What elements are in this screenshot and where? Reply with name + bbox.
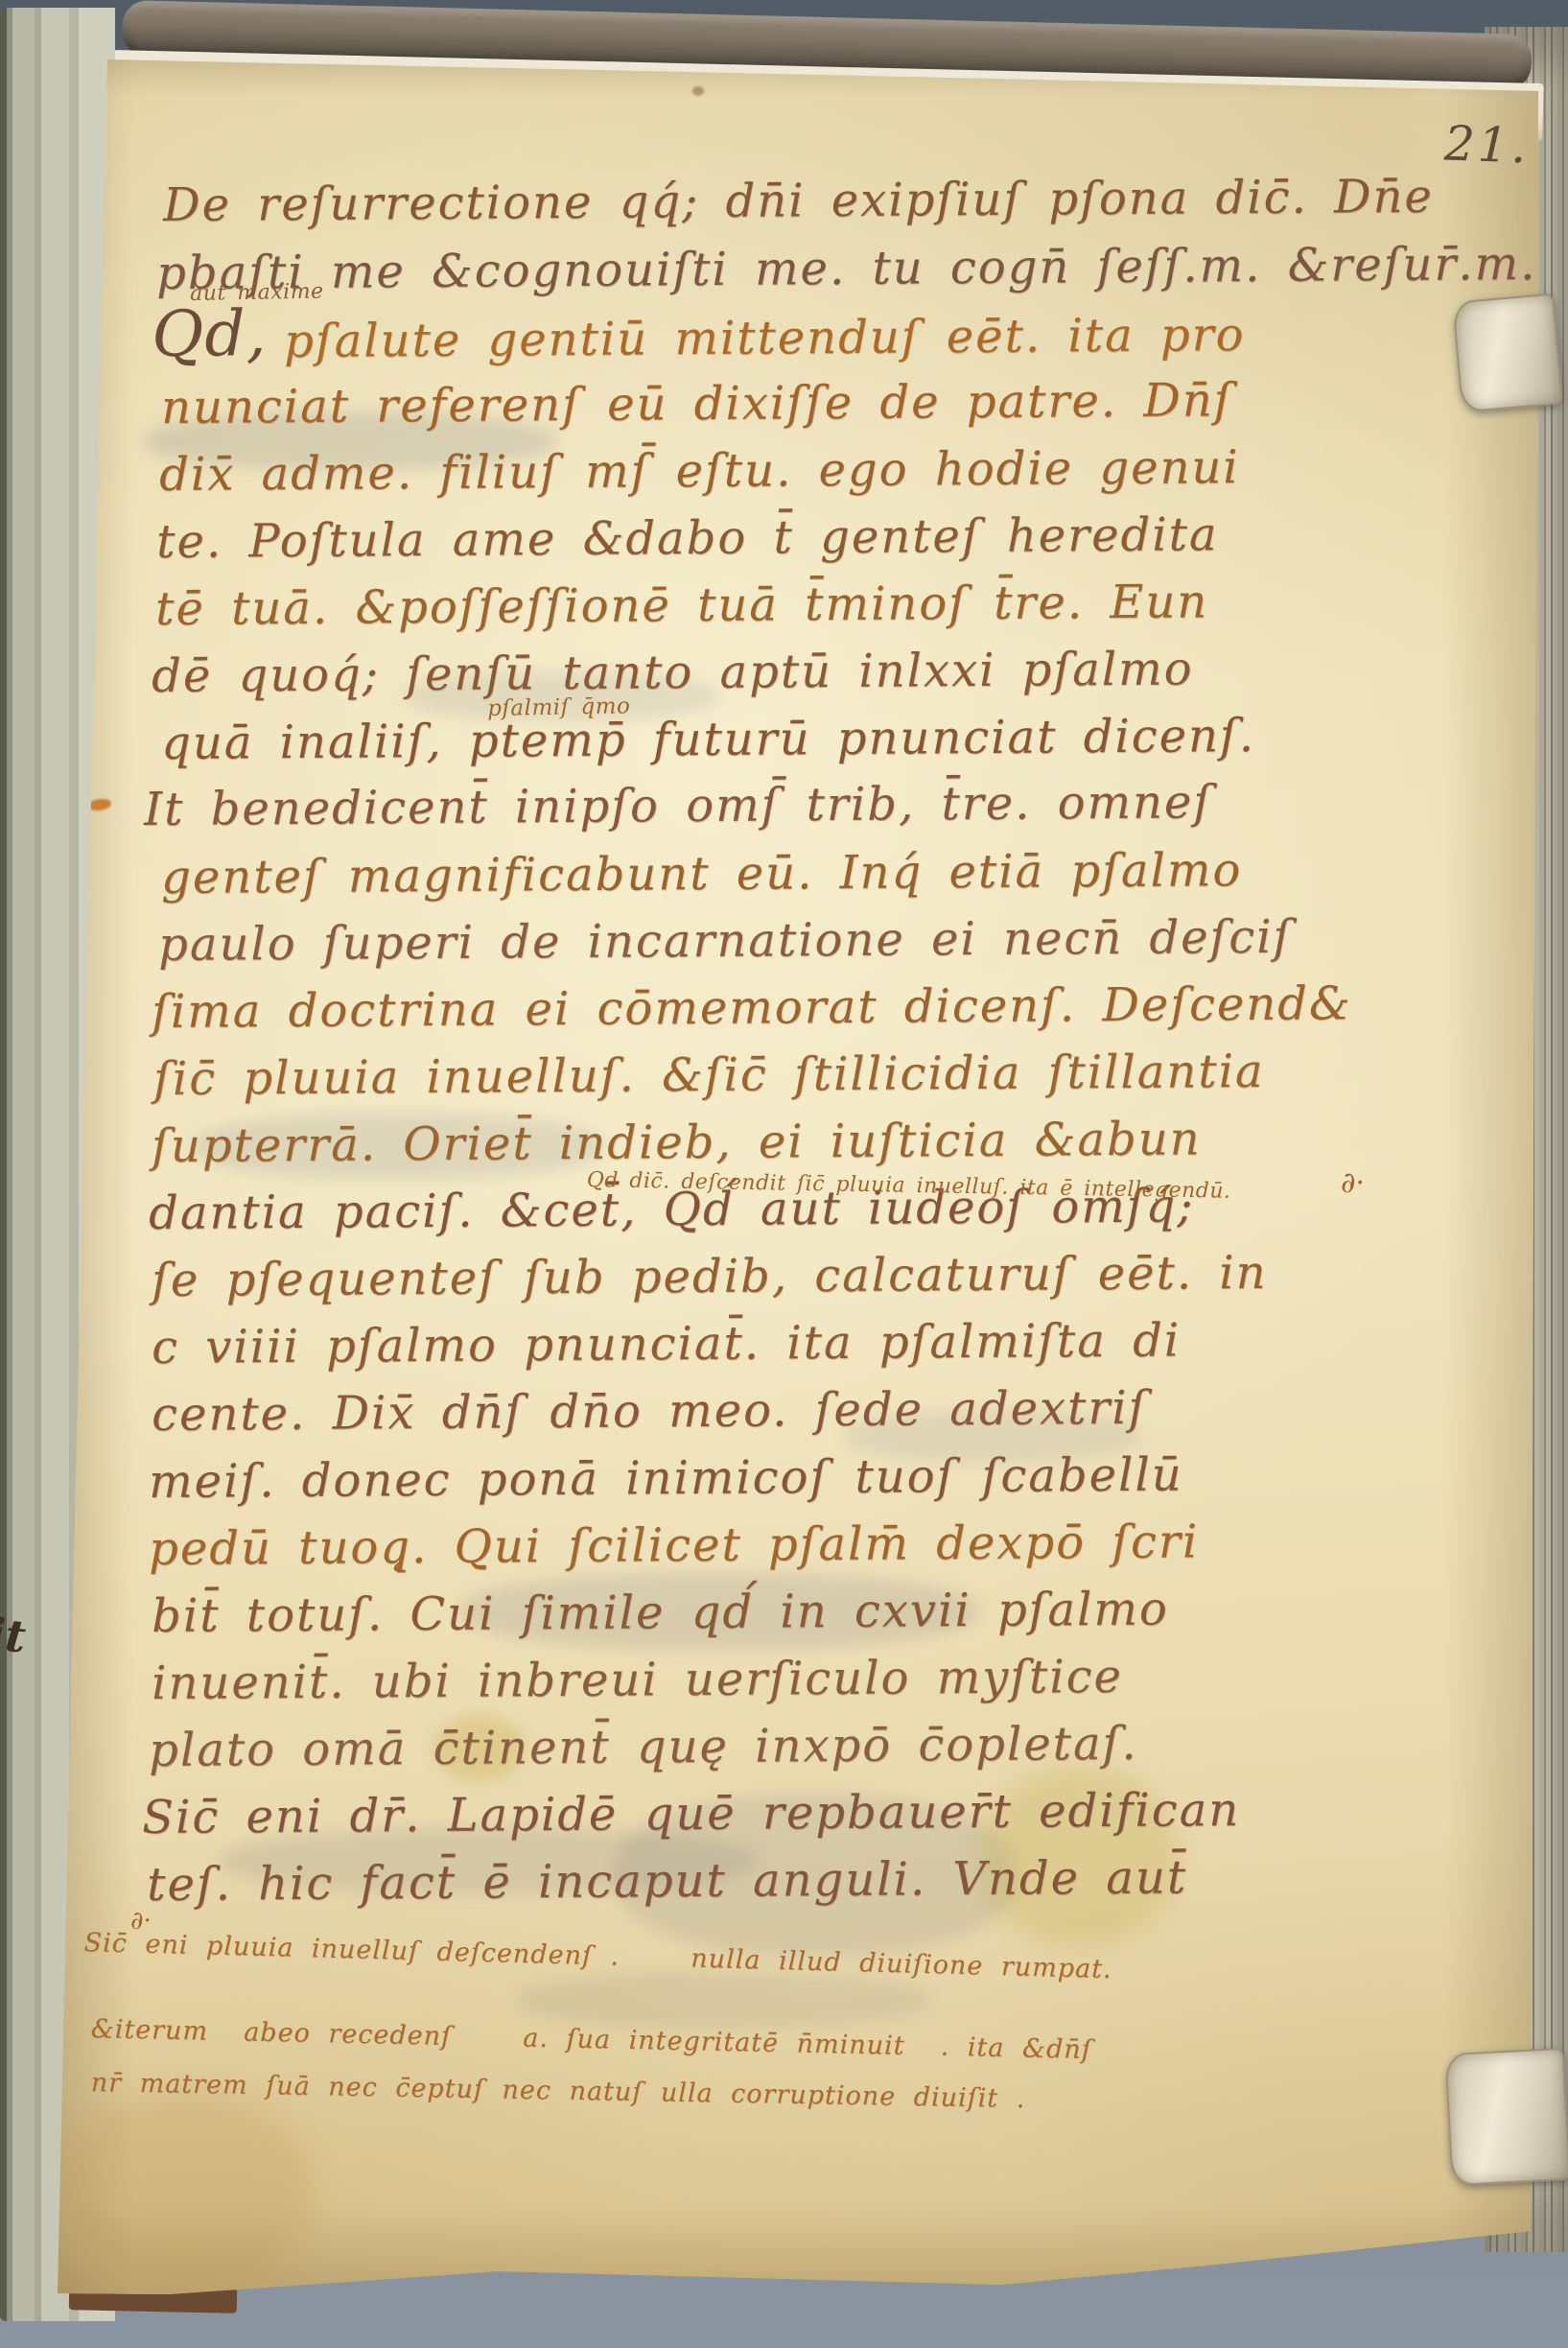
text-line: nunciat referenſ eū dixiſſe de patre. Dn…	[161, 377, 1233, 431]
stain	[56, 2091, 315, 2292]
text-line: De reſurrectione qq́; dn̄i exipſiuſ pſon…	[163, 174, 1434, 228]
text-line: pbaſti me &cognouiſti me. tu cogn̄ ſeſſ.…	[156, 241, 1537, 296]
text-line: quā inaliiſ, ptemp̄ futurū pnunciat dice…	[161, 713, 1255, 766]
text-line: bit̄ totuſ. Cui ſimile qd́ in cxvii pſal…	[152, 1586, 1169, 1639]
text-line: te. Poſtula ame &dabo t̄ genteſ heredita	[156, 511, 1219, 565]
text-line: meiſ. donec ponā inimicoſ tuoſ ſcabellū	[149, 1451, 1183, 1505]
manuscript-photo: 21. De reſurrectione qq́; dn̄i exipſiuſ …	[0, 0, 1568, 2348]
text-line: c viiii pſalmo pnunciat̄. ita pſalmiſta …	[152, 1318, 1181, 1371]
interlinear-gloss-aut-maxime: aut maxime	[190, 282, 324, 305]
text-line: pſalute gentiū mittenduſ eēt. ita pro	[284, 312, 1246, 364]
text-line: ſupterrā. Oriet̄ indieb, ei iuſticia &ab…	[152, 1115, 1202, 1169]
text-line: tē tuā. &poſſeſſionē tuā t̄minoſ t̄re. E…	[155, 578, 1208, 632]
left-edge-fragment: it	[0, 1608, 28, 1662]
parchment-page: 21. De reſurrectione qq́; dn̄i exipſiuſ …	[0, 0, 1568, 2348]
text-line: dix̄ adme. filiuſ mſ̄ eſtu. ego hodie ge…	[159, 444, 1240, 498]
text-line: paulo ſuperi de incarnatione ei necn̄ de…	[158, 914, 1292, 968]
text-line: ſima doctrina ei cōmemorat dicenſ. Deſce…	[152, 980, 1352, 1035]
text-line: cente. Dix̄ dn̄ſ dn̄o meo. ſede adextriſ	[152, 1385, 1148, 1438]
parchment-tab-bottom	[1444, 2048, 1568, 2186]
stain	[87, 797, 111, 811]
text-line: genteſ magnificabunt eū. Inq́ etiā pſalm…	[161, 847, 1242, 901]
text-line: It benedicent̄ inipſo omſ̄ trib, t̄re. o…	[144, 779, 1212, 833]
text-line: ſe pſequenteſ ſub pedib, calcaturuſ eēt.…	[152, 1250, 1268, 1303]
text-line: teſ. hic fact̄ ē incaput anguli. Vnde au…	[147, 1854, 1187, 1908]
text-line: dē quoq́; ſenſū tanto aptū inlxxi pſalmo	[152, 646, 1194, 699]
folio-number: 21.	[1443, 115, 1531, 174]
stain	[692, 86, 704, 96]
text-line: ſic̄ pluuia inuelluſ. &ſic̄ ſtillicidia …	[153, 1048, 1265, 1102]
text-line: inuenit̄. ubi inbreui uerſiculo myſtice	[152, 1654, 1123, 1706]
text-line: Sic̄ eni dr̄. Lapidē quē repbauer̄t edif…	[142, 1787, 1240, 1841]
text-line: plato omā c̄tinent̄ quę inxpō c̄opletaſ.	[149, 1721, 1138, 1773]
ink-show-through	[518, 1971, 930, 2029]
line3-initial: Qd,	[152, 302, 268, 366]
parchment-tab-top	[1452, 293, 1563, 413]
gloss-end-mark: ∂·	[1341, 1166, 1365, 1200]
text-line: pedū tuoq̨. Qui ſcilicet pſalm̄ dexpō ſc…	[149, 1518, 1199, 1572]
interlinear-gloss-psalmis: pſalmiſ q̄mo	[487, 695, 631, 720]
